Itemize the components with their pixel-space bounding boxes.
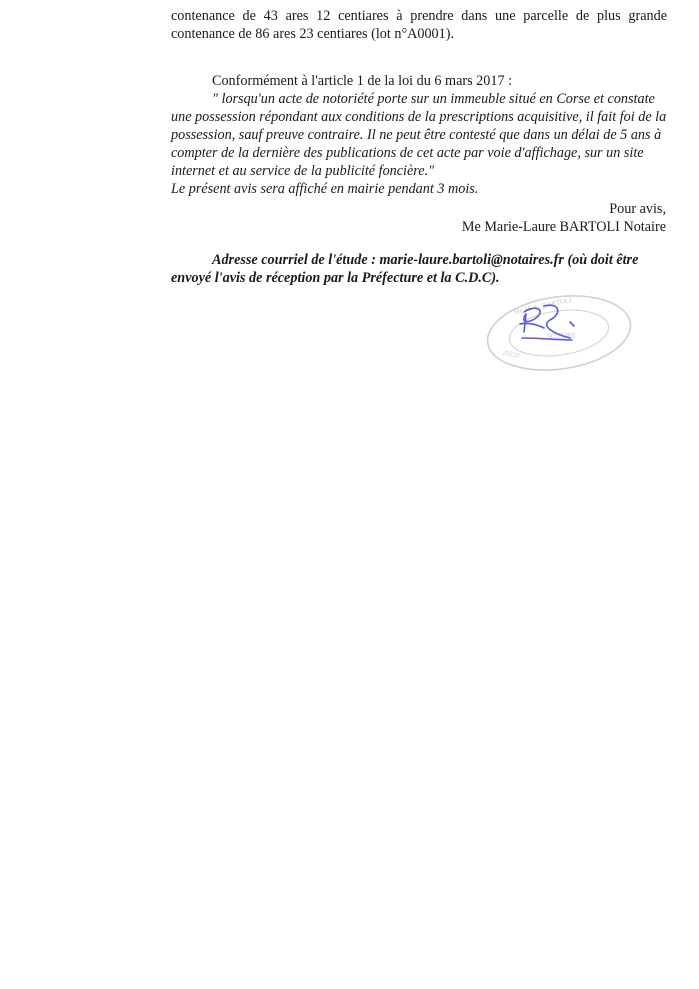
signature-block: Pour avis, Me Marie-Laure BARTOLI Notair… bbox=[462, 200, 666, 236]
legal-quote-line: internet et au service de la publicité f… bbox=[171, 162, 667, 180]
legal-quote-line: " lorsqu'un acte de notoriété porte sur … bbox=[171, 90, 667, 108]
document-page: contenance de 43 ares 12 centiares à pre… bbox=[0, 0, 699, 989]
contact-line-2: envoyé l'avis de réception par la Préfec… bbox=[171, 269, 667, 287]
legal-quote-line: possession, sauf preuve contraire. Il ne… bbox=[171, 126, 667, 144]
legal-quote-line: compter de la dernière des publications … bbox=[171, 144, 667, 162]
legal-reference: Conformément à l'article 1 de la loi du … bbox=[171, 72, 667, 198]
contact-block: Adresse courriel de l'étude : marie-laur… bbox=[171, 251, 667, 287]
closing-text: Pour avis, bbox=[462, 200, 666, 218]
legal-intro: Conformément à l'article 1 de la loi du … bbox=[171, 72, 667, 90]
notary-stamp-icon: Me M.-L. BARTOLI NOTAIRE 20220 bbox=[484, 292, 634, 374]
parcel-line-1: contenance de 43 ares 12 centiares à pre… bbox=[171, 7, 667, 25]
contact-line-1: Adresse courriel de l'étude : marie-laur… bbox=[171, 251, 667, 269]
parcel-paragraph: contenance de 43 ares 12 centiares à pre… bbox=[171, 7, 667, 43]
display-notice: Le présent avis sera affiché en mairie p… bbox=[171, 180, 667, 198]
parcel-line-2: contenance de 86 ares 23 centiares (lot … bbox=[171, 25, 667, 43]
legal-quote-line: une possession répondant aux conditions … bbox=[171, 108, 667, 126]
signatory-name: Me Marie-Laure BARTOLI Notaire bbox=[462, 218, 666, 236]
